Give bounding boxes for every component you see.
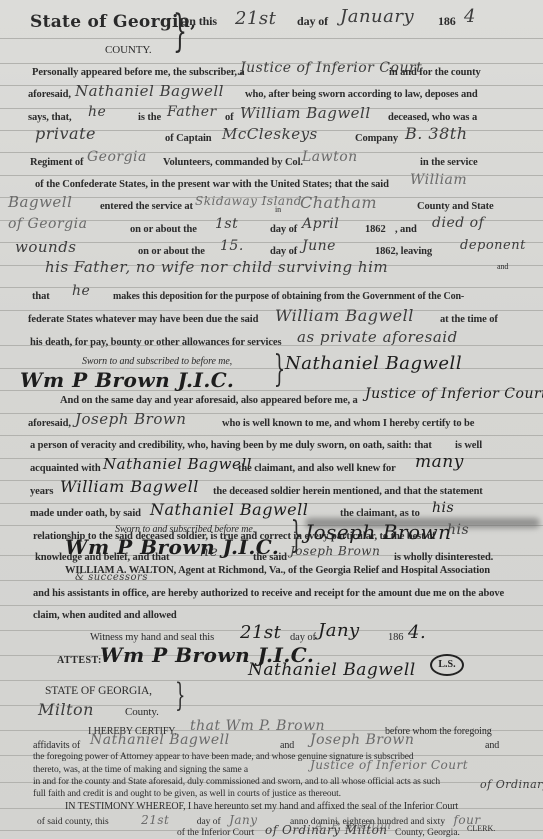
affidavit-text: of [225, 112, 234, 123]
claimant-name-field: Nathaniel Bagwell [103, 455, 252, 473]
ruled-line [0, 435, 543, 436]
cert-text: and [280, 740, 294, 751]
affidavit-text: County and State [417, 201, 494, 212]
ruled-line [0, 152, 543, 153]
leaving-field: deponent [460, 238, 526, 253]
cert-text: full faith and credit is and ought to be… [33, 789, 341, 799]
enlistment-day-field: 1st [215, 216, 238, 232]
year-suffix-field: 4 [464, 6, 476, 27]
soldier-name-field: William Bagwell [240, 104, 371, 122]
affidavit-text: in and for the county [389, 67, 481, 78]
affidavit-text: of Captain [165, 133, 212, 144]
cert-text: and [485, 740, 499, 751]
enlistment-month-field: April [302, 216, 339, 232]
affidavit-text: who, after being sworn according to law,… [245, 89, 478, 100]
witness-text: made under oath, by said [30, 508, 141, 519]
poa-text: claim, when audited and allowed [33, 610, 177, 621]
enlistment-state-field: of Georgia [8, 216, 87, 232]
day-field: 21st [235, 8, 276, 29]
poa-text: 186 [388, 632, 403, 643]
witness-text: who is well known to me, and whom I here… [222, 418, 474, 429]
year-prefix: 186 [438, 14, 456, 29]
witness-signature: Joseph Brown [305, 520, 452, 544]
witness-text: a person of veracity and credibility, wh… [30, 440, 432, 451]
affidavit-text: his death, for pay, bounty or other allo… [30, 337, 281, 348]
survivors-field: his Father, no wife nor child surviving … [45, 258, 388, 276]
witness-text: And on the same day and year aforesaid, … [60, 395, 358, 406]
died-of-field: died of [432, 215, 484, 231]
affidavit-text: Personally appeared before me, the subsc… [32, 67, 245, 78]
signature-brace: } [274, 349, 285, 390]
cert-text: IN TESTIMONY WHEREOF, I have hereunto se… [65, 801, 458, 812]
affidavit-text: deceased, who was a [388, 112, 477, 123]
affidavit-text: aforesaid, [28, 89, 71, 100]
month-field: January [340, 6, 414, 27]
death-day-field: 15. [220, 238, 244, 254]
company-field: B. 38th [405, 124, 468, 143]
cert-text: thereto, was, at the time of making and … [33, 765, 248, 775]
official-signature: Wm P Brown J.I.C. [20, 368, 234, 392]
ruled-line [0, 680, 543, 681]
poa-insert: & successors [75, 572, 148, 583]
official-title-field: Justice of Inferior Court [365, 386, 543, 402]
official-signature: Wm P Brown J.I.C. [65, 535, 279, 559]
colonel-field: Lawton [302, 149, 358, 165]
affidavit-text: on or about the [138, 246, 205, 257]
affidavit-text: is the [138, 112, 161, 123]
regiment-state-field: Georgia [87, 149, 147, 165]
death-month-field: June [302, 238, 336, 254]
cert-witness-field: Joseph Brown [310, 732, 414, 748]
witness-text: acquainted with [30, 463, 101, 474]
cert-county-field: Milton [38, 700, 94, 719]
ruled-line [0, 830, 543, 831]
affidavit-text: of the Confederate States, in the presen… [35, 179, 389, 190]
pronoun-field: he [72, 283, 90, 299]
affidavit-text: at the time of [440, 314, 498, 325]
witness-month-field: Jany [318, 620, 360, 641]
affidavit-text: says, that, [28, 112, 72, 123]
relation-field: Father [167, 104, 217, 120]
affidavit-text: , and [395, 224, 417, 235]
affidavit-text: on or about the [130, 224, 197, 235]
witness-year-field: 4. [408, 622, 426, 643]
services-field: as private aforesaid [297, 328, 458, 346]
witness-text: the deceased soldier herein mentioned, a… [213, 486, 483, 497]
cert-text: affidavits of [33, 740, 80, 751]
affidavit-text: Regiment of [30, 157, 83, 168]
poa-text: Witness my hand and seal this [90, 632, 214, 643]
witness-day-field: 21st [240, 622, 281, 643]
soldier-name-field: William Bagwell [275, 306, 414, 325]
cert-margin-note: of Ordinary [480, 778, 543, 791]
soldier-first-name-field: William [410, 172, 467, 188]
enlistment-year: 1862 [365, 224, 386, 235]
rank-field: private [35, 124, 96, 143]
pronoun-field: he [88, 104, 106, 120]
cert-claimant-field: Nathaniel Bagwell [90, 732, 230, 748]
cert-brace: } [175, 676, 185, 714]
affidavit-text: day of [270, 224, 297, 235]
cert-county-label: County. [125, 706, 159, 718]
attest-label: ATTEST: [57, 655, 102, 666]
principal-signature: Nathaniel Bagwell [248, 660, 416, 680]
sworn-label: Sworn to and subscribed before me, [115, 524, 255, 535]
affidavit-text: makes this deposition for the purpose of… [113, 291, 464, 302]
death-year: 1862, leaving [375, 246, 432, 257]
on-this-label: On this [180, 14, 217, 29]
witness-name-field: Joseph Brown [75, 410, 186, 428]
state-title: State of Georgia, [30, 12, 196, 32]
seal-ls: L.S. [430, 654, 464, 676]
captain-field: McCleskeys [222, 125, 318, 143]
affidavit-text: in the service [420, 157, 478, 168]
ruled-line [0, 310, 543, 311]
pronoun-field: his [432, 500, 454, 516]
affidavit-text: day of [270, 246, 297, 257]
county-label: COUNTY. [105, 44, 151, 56]
ruled-line [0, 605, 543, 606]
claimant-name-field: Nathaniel Bagwell [150, 500, 308, 519]
affidavit-text: in [275, 205, 281, 214]
soldier-name-field: William Bagwell [60, 477, 199, 496]
affidavit-text: entered the service at [100, 201, 193, 212]
ruled-line [0, 38, 543, 39]
poa-text: day of [290, 632, 316, 643]
affidavit-text: and [497, 262, 508, 271]
witness-text: aforesaid, [28, 418, 71, 429]
deponent-signature: Nathaniel Bagwell [285, 353, 462, 374]
duration-field: many [415, 452, 464, 472]
witness-text: the claimant, and also well knew for [238, 463, 396, 474]
affidavit-text: Company [355, 133, 398, 144]
cert-official-title-field: Justice of Inferior Court [310, 758, 468, 772]
signature-brace: } [291, 515, 302, 556]
affidavit-text: federate States whatever may have been d… [28, 314, 258, 325]
affidavit-text: that [32, 291, 50, 302]
affidavit-text: Volunteers, commanded by Col. [163, 157, 303, 168]
claimant-name-field: Nathaniel Bagwell [75, 82, 224, 100]
soldier-surname-field: Bagwell [8, 193, 72, 211]
cert-text: in and for the county and State aforesai… [33, 777, 440, 787]
enlistment-county-field: Chatham [300, 193, 377, 212]
witness-text: is well [455, 440, 482, 451]
enlistment-place-field: Skidaway Island [195, 194, 302, 208]
sworn-label: Sworn to and subscribed to before me, [82, 356, 232, 367]
witness-text: is wholly disinterested. [394, 552, 493, 563]
cert-state: STATE OF GEORGIA, [45, 685, 152, 697]
witness-text: years [30, 486, 53, 497]
poa-text: and his assistants in office, are hereby… [33, 588, 504, 599]
witness-name-field: Joseph Brown [290, 544, 380, 558]
cause-of-death-field: wounds [15, 238, 77, 256]
day-of-label: day of [297, 14, 328, 29]
